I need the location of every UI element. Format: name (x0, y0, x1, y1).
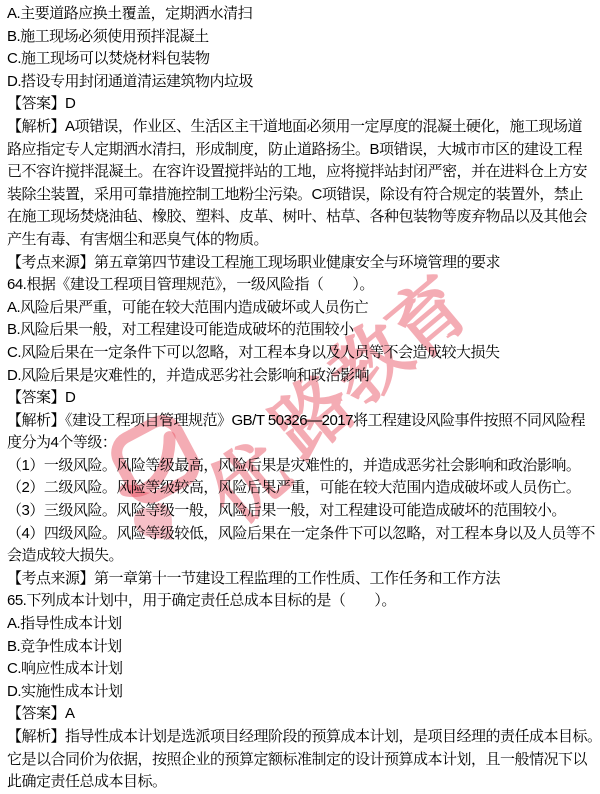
text-line: 路应指定专人定期洒水清扫，形成制度，防止道路扬尘。B项错误，大城市市区的建设工程 (7, 139, 594, 162)
text-line: A.主要道路应换土覆盖，定期洒水清扫 (7, 3, 594, 26)
text-line: B.竞争性成本计划 (7, 636, 594, 659)
text-line: （3）三级风险。风险等级一般，风险后果一般，对工程建设可能造成破坏的范围较小。 (7, 500, 594, 523)
text-line: A.风险后果严重，可能在较大范围内造成破坏或人员伤亡 (7, 297, 594, 320)
text-line: 此确定责任总成本目标。 (7, 771, 594, 794)
text-line: 会造成较大损失。 (7, 545, 594, 568)
document-text: A.主要道路应换土覆盖，定期洒水清扫B.施工现场必须使用预拌混凝土C.施工现场可… (0, 0, 600, 794)
text-line: C.施工现场可以焚烧材料包装物 (7, 48, 594, 71)
text-line: 【考点来源】第一章第十一节建设工程监理的工作性质、工作任务和工作方法 (7, 568, 594, 591)
text-line: 64.根据《建设工程项目管理规范》，一级风险指（ ）。 (7, 274, 594, 297)
text-line: 【考点来源】第五章第四节建设工程施工现场职业健康安全与环境管理的要求 (7, 252, 594, 275)
text-line: 【解析】A项错误，作业区、生活区主干道地面必须用一定厚度的混凝土硬化，施工现场道 (7, 116, 594, 139)
text-line: 【解析】《建设工程项目管理规范》GB/T 50326—2017将工程建设风险事件… (7, 410, 594, 433)
text-line: 【答案】A (7, 703, 594, 726)
text-line: C.响应性成本计划 (7, 658, 594, 681)
text-line: 【答案】D (7, 93, 594, 116)
text-line: B.风险后果一般，对工程建设可能造成破坏的范围较小 (7, 319, 594, 342)
text-line: 装除尘装置，采用可靠措施控制工地粉尘污染。C项错误，除设有符合规定的装置外，禁止 (7, 184, 594, 207)
text-line: 产生有毒、有害烟尘和恶臭气体的物质。 (7, 229, 594, 252)
text-line: 它是以合同价为依据，按照企业的预算定额标准制定的设计预算成本计划，且一般情况下以 (7, 749, 594, 772)
text-line: （4）四级风险。风险等级较低，风险后果在一定条件下可以忽略，对工程本身以及人员等… (7, 523, 594, 546)
text-line: 已不容许搅拌混凝土。在容许设置搅拌站的工地，应将搅拌站封闭严密，并在进料仓上方安 (7, 161, 594, 184)
text-line: （1）一级风险。风险等级最高，风险后果是灾难性的，并造成恶劣社会影响和政治影响。 (7, 455, 594, 478)
text-line: D.风险后果是灾难性的，并造成恶劣社会影响和政治影响 (7, 365, 594, 388)
text-line: 65.下列成本计划中，用于确定责任总成本目标的是（ ）。 (7, 590, 594, 613)
text-line: （2）二级风险。风险等级较高，风险后果严重，可能在较大范围内造成破坏或人员伤亡。 (7, 477, 594, 500)
document-page: 优路教育 A.主要道路应换土覆盖，定期洒水清扫B.施工现场必须使用预拌混凝土C.… (0, 0, 600, 794)
text-line: A.指导性成本计划 (7, 613, 594, 636)
text-line: D.实施性成本计划 (7, 681, 594, 704)
text-line: D.搭设专用封闭通道清运建筑物内垃圾 (7, 71, 594, 94)
text-line: 【答案】D (7, 387, 594, 410)
text-line: 在施工现场焚烧油毡、橡胶、塑料、皮革、树叶、枯草、各种包装物等废弃物品以及其他会 (7, 206, 594, 229)
text-line: C.风险后果在一定条件下可以忽略，对工程本身以及人员等不会造成较大损失 (7, 342, 594, 365)
text-line: B.施工现场必须使用预拌混凝土 (7, 26, 594, 49)
text-line: 度分为4个等级： (7, 432, 594, 455)
text-line: 【解析】指导性成本计划是选派项目经理阶段的预算成本计划，是项目经理的责任成本目标… (7, 726, 594, 749)
